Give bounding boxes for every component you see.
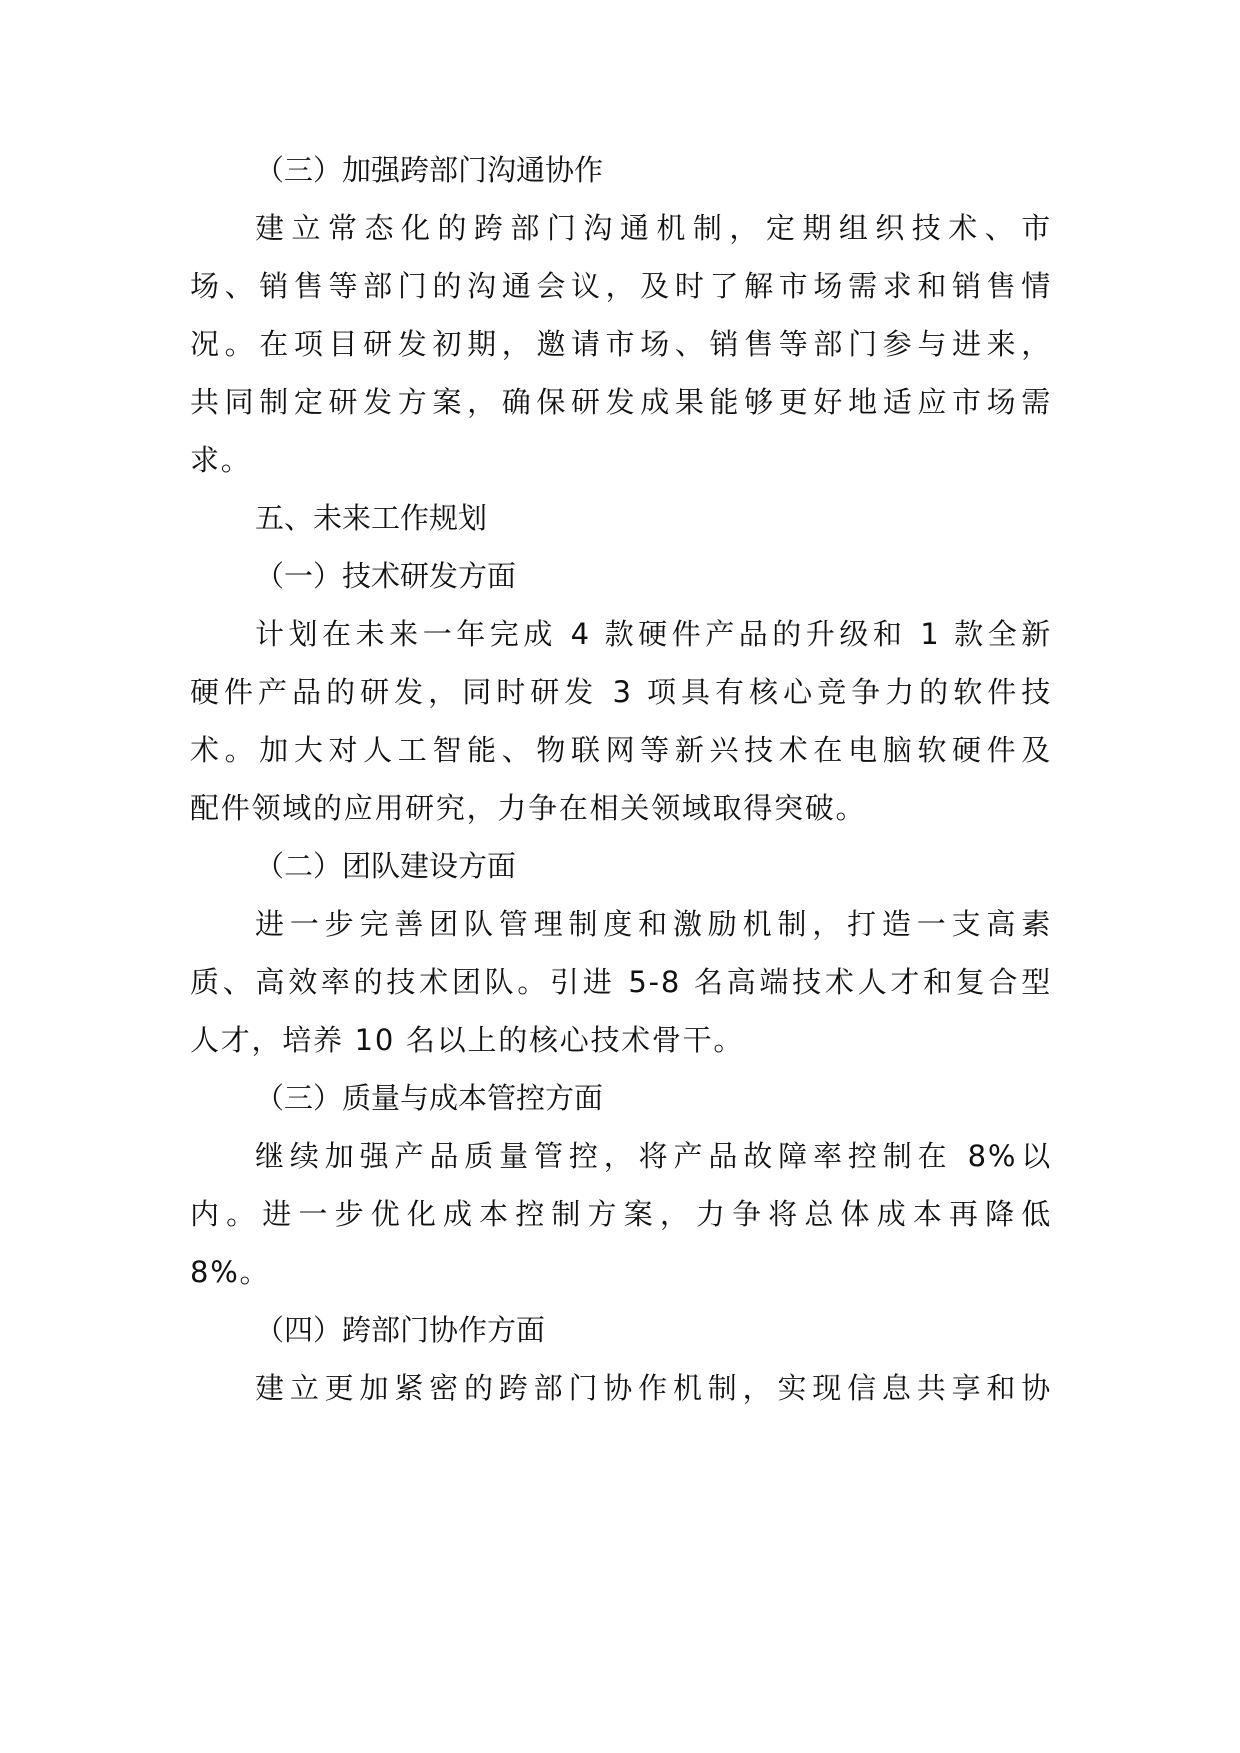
paragraph-line: 配件领域的应用研究，力争在相关领域取得突破。 <box>190 788 1052 828</box>
paragraph-line: 人才，培养 10 名以上的核心技术骨干。 <box>190 1020 1052 1060</box>
paragraph-line: 继续加强产品质量管控，将产品故障率控制在 8%以 <box>255 1136 1052 1176</box>
paragraph-line: 求。 <box>190 440 1052 480</box>
paragraph-line: 计划在未来一年完成 4 款硬件产品的升级和 1 款全新 <box>255 614 1052 654</box>
paragraph-line: 术。加大对人工智能、物联网等新兴技术在电脑软硬件及 <box>190 730 1052 770</box>
document-page: （三）加强跨部门沟通协作 建立常态化的跨部门沟通机制，定期组织技术、市 场、销售… <box>0 0 1240 1753</box>
paragraph-line: 内。进一步优化成本控制方案，力争将总体成本再降低 <box>190 1194 1052 1234</box>
section-heading-team-building: （二）团队建设方面 <box>255 846 1052 886</box>
section-heading-quality-cost: （三）质量与成本管控方面 <box>255 1078 1052 1118</box>
paragraph-line: 场、销售等部门的沟通会议，及时了解市场需求和销售情 <box>190 266 1052 306</box>
paragraph-line: 硬件产品的研发，同时研发 3 项具有核心竞争力的软件技 <box>190 672 1052 712</box>
section-heading-tech-rd: （一）技术研发方面 <box>255 556 1052 596</box>
paragraph-line: 8%。 <box>190 1252 1052 1292</box>
chapter-heading-future-plan: 五、未来工作规划 <box>255 498 1052 538</box>
section-heading-cross-dept-collab: （四）跨部门协作方面 <box>255 1310 1052 1350</box>
section-heading-cross-dept-communication: （三）加强跨部门沟通协作 <box>255 150 1052 190</box>
paragraph-line: 共同制定研发方案，确保研发成果能够更好地适应市场需 <box>190 382 1052 422</box>
paragraph-line: 况。在项目研发初期，邀请市场、销售等部门参与进来， <box>190 324 1052 364</box>
paragraph-line: 质、高效率的技术团队。引进 5-8 名高端技术人才和复合型 <box>190 962 1052 1002</box>
paragraph-line: 建立更加紧密的跨部门协作机制，实现信息共享和协 <box>255 1368 1052 1408</box>
paragraph-line: 建立常态化的跨部门沟通机制，定期组织技术、市 <box>255 208 1052 248</box>
paragraph-line: 进一步完善团队管理制度和激励机制，打造一支高素 <box>255 904 1052 944</box>
